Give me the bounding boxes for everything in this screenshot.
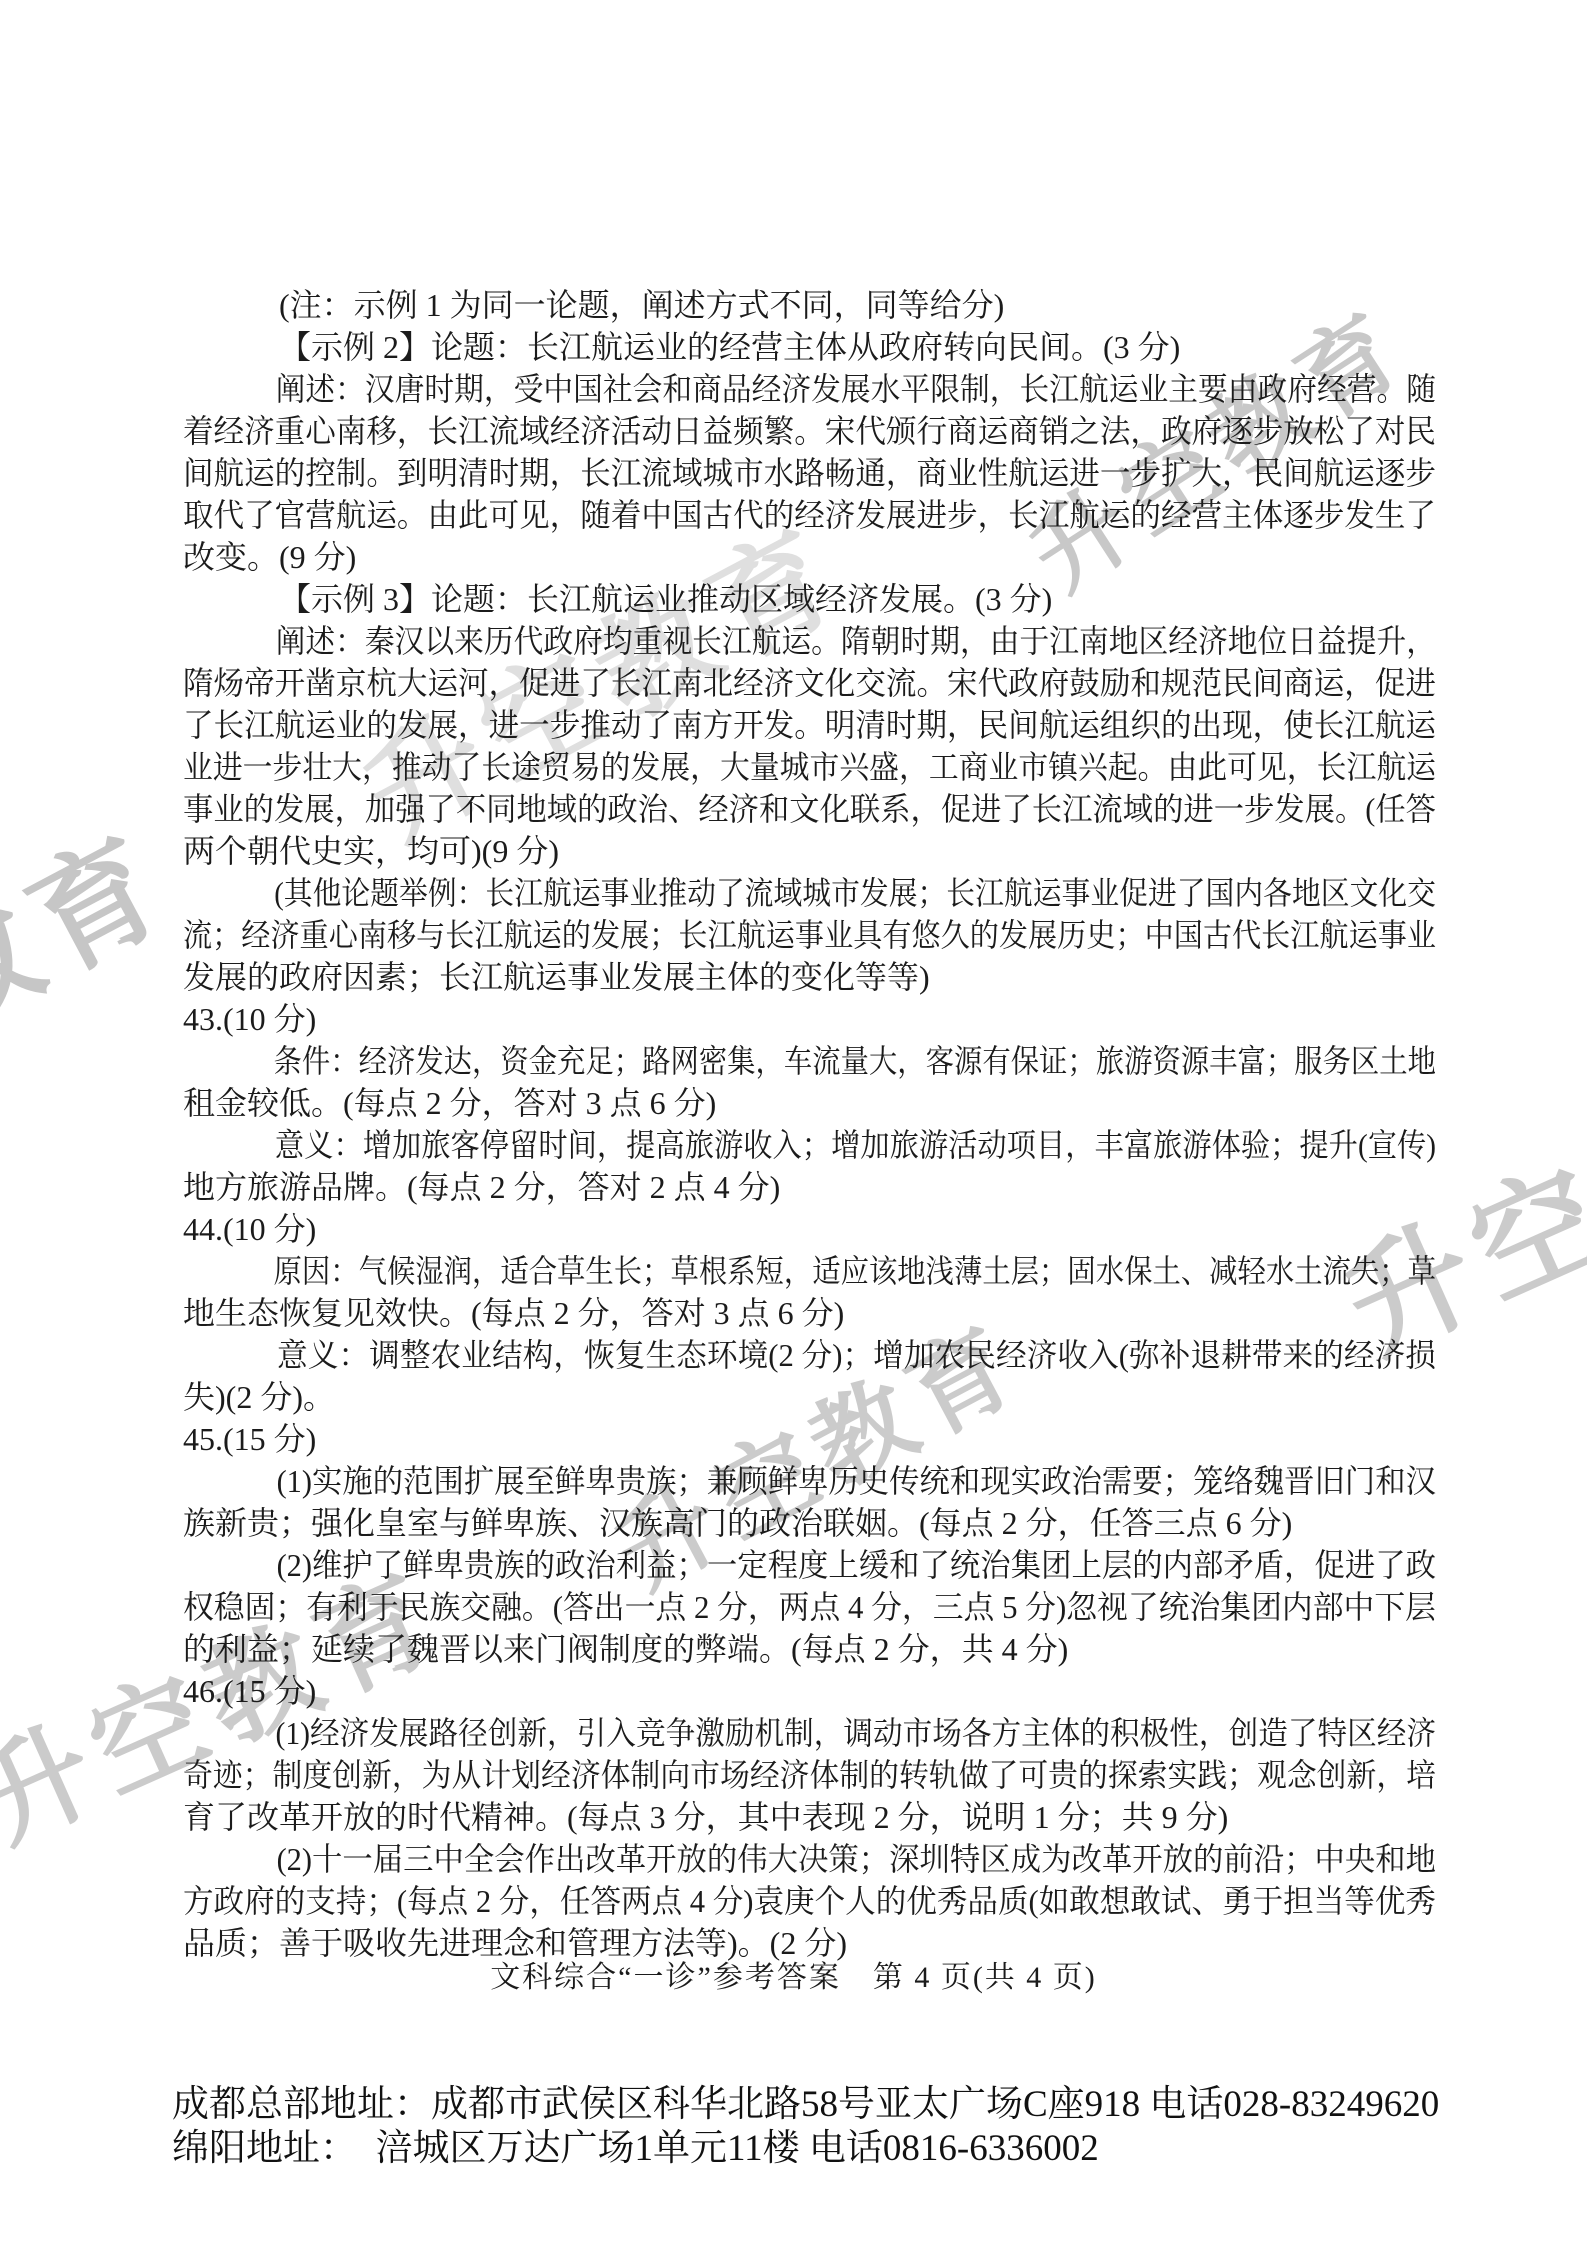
text-line: (2)维护了鲜卑贵族的政治利益；一定程度上缓和了统治集团上层的内部矛盾，促进了政 <box>183 1544 1436 1586</box>
text-line: (1)实施的范围扩展至鲜卑贵族；兼顾鲜卑历史传统和现实政治需要；笼络魏晋旧门和汉 <box>183 1460 1436 1502</box>
text-line: 权稳固；有利于民族交融。(答出一点 2 分，两点 4 分，三点 5 分)忽视了统… <box>183 1586 1436 1628</box>
answer-text: (注：示例 1 为同一论题，阐述方式不同，同等给分)【示例 2】论题：长江航运业… <box>183 284 1436 1964</box>
text-line: 条件：经济发达，资金充足；路网密集，车流量大，客源有保证；旅游资源丰富；服务区土… <box>183 1040 1436 1082</box>
text-line: 【示例 3】论题：长江航运业推动区域经济发展。(3 分) <box>183 578 1436 620</box>
page-footer: 文科综合“一诊”参考答案 第 4 页(共 4 页) <box>0 1957 1587 1999</box>
text-line: 意义：增加旅客停留时间，提高旅游收入；增加旅游活动项目，丰富旅游体验；提升(宣传… <box>183 1124 1436 1166</box>
text-line: 43.(10 分) <box>183 998 1436 1040</box>
text-line: (1)经济发展路径创新，引入竞争激励机制，调动市场各方主体的积极性，创造了特区经… <box>183 1712 1436 1754</box>
text-line: 隋炀帝开凿京杭大运河，促进了长江南北经济文化交流。宋代政府鼓励和规范民间商运，促… <box>183 662 1436 704</box>
text-line: (其他论题举例：长江航运事业推动了流域城市发展；长江航运事业促进了国内各地区文化… <box>183 872 1436 914</box>
text-line: 方政府的支持；(每点 2 分，任答两点 4 分)袁庚个人的优秀品质(如敢想敢试、… <box>183 1880 1436 1922</box>
text-line: 46.(15 分) <box>183 1670 1436 1712</box>
text-line: 育了改革开放的时代精神。(每点 3 分，其中表现 2 分，说明 1 分；共 9 … <box>183 1796 1436 1838</box>
text-line: 流；经济重心南移与长江航运的发展；长江航运事业具有悠久的发展历史；中国古代长江航… <box>183 914 1436 956</box>
text-line: 租金较低。(每点 2 分，答对 3 点 6 分) <box>183 1082 1436 1124</box>
text-line: (2)十一届三中全会作出改革开放的伟大决策；深圳特区成为改革开放的前沿；中央和地 <box>183 1838 1436 1880</box>
text-line: 失)(2 分)。 <box>183 1376 1436 1418</box>
text-line: 两个朝代史实，均可)(9 分) <box>183 830 1436 872</box>
watermark: 升空教育 <box>0 783 198 1196</box>
address-block: 成都总部地址：成都市武侯区科华北路58号亚太广场C座918 电话028-8324… <box>172 2083 1439 2171</box>
text-line: 发展的政府因素；长江航运事业发展主体的变化等等) <box>183 956 1436 998</box>
text-line: 奇迹；制度创新，为从计划经济体制向市场经济体制的转轨做了可贵的探索实践；观念创新… <box>183 1754 1436 1796</box>
text-line: 阐述：汉唐时期，受中国社会和商品经济发展水平限制，长江航运业主要由政府经营。随 <box>183 368 1436 410</box>
text-line: 阐述：秦汉以来历代政府均重视长江航运。隋朝时期，由于江南地区经济地位日益提升， <box>183 620 1436 662</box>
text-line: (注：示例 1 为同一论题，阐述方式不同，同等给分) <box>183 284 1436 326</box>
text-line: 取代了官营航运。由此可见，随着中国古代的经济发展进步，长江航运的经营主体逐步发生… <box>183 494 1436 536</box>
text-line: 的利益；延续了魏晋以来门阀制度的弊端。(每点 2 分，共 4 分) <box>183 1628 1436 1670</box>
text-line: 了长江航运业的发展，进一步推动了南方开发。明清时期，民间航运组织的出现，使长江航… <box>183 704 1436 746</box>
text-line: 改变。(9 分) <box>183 536 1436 578</box>
text-line: 间航运的控制。到明清时期，长江流域城市水路畅通，商业性航运进一步扩大，民间航运逐… <box>183 452 1436 494</box>
text-line: 原因：气候湿润，适合草生长；草根系短，适应该地浅薄土层；固水保土、减轻水土流失；… <box>183 1250 1436 1292</box>
text-line: 【示例 2】论题：长江航运业的经营主体从政府转向民间。(3 分) <box>183 326 1436 368</box>
text-line: 意义：调整农业结构，恢复生态环境(2 分)；增加农民经济收入(弥补退耕带来的经济… <box>183 1334 1436 1376</box>
text-line: 族新贵；强化皇室与鲜卑族、汉族高门的政治联姻。(每点 2 分，任答三点 6 分) <box>183 1502 1436 1544</box>
text-line: 着经济重心南移，长江流域经济活动日益频繁。宋代颁行商运商销之法，政府逐步放松了对… <box>183 410 1436 452</box>
scanned-answer-page: 升空教育 升空教育 升空教育 升空教育 升空教育 升空教育 (注：示例 1 为同… <box>0 0 1587 2245</box>
text-line: 业进一步壮大，推动了长途贸易的发展，大量城市兴盛，工商业市镇兴起。由此可见，长江… <box>183 746 1436 788</box>
text-line: 地生态恢复见效快。(每点 2 分，答对 3 点 6 分) <box>183 1292 1436 1334</box>
text-line: 45.(15 分) <box>183 1418 1436 1460</box>
text-line: 地方旅游品牌。(每点 2 分，答对 2 点 4 分) <box>183 1166 1436 1208</box>
text-line: 事业的发展，加强了不同地域的政治、经济和文化联系，促进了长江流域的进一步发展。(… <box>183 788 1436 830</box>
address-line: 绵阳地址： 涪城区万达广场1单元11楼 电话0816-6336002 <box>172 2127 1439 2171</box>
address-line: 成都总部地址：成都市武侯区科华北路58号亚太广场C座918 电话028-8324… <box>172 2083 1439 2127</box>
text-line: 44.(10 分) <box>183 1208 1436 1250</box>
